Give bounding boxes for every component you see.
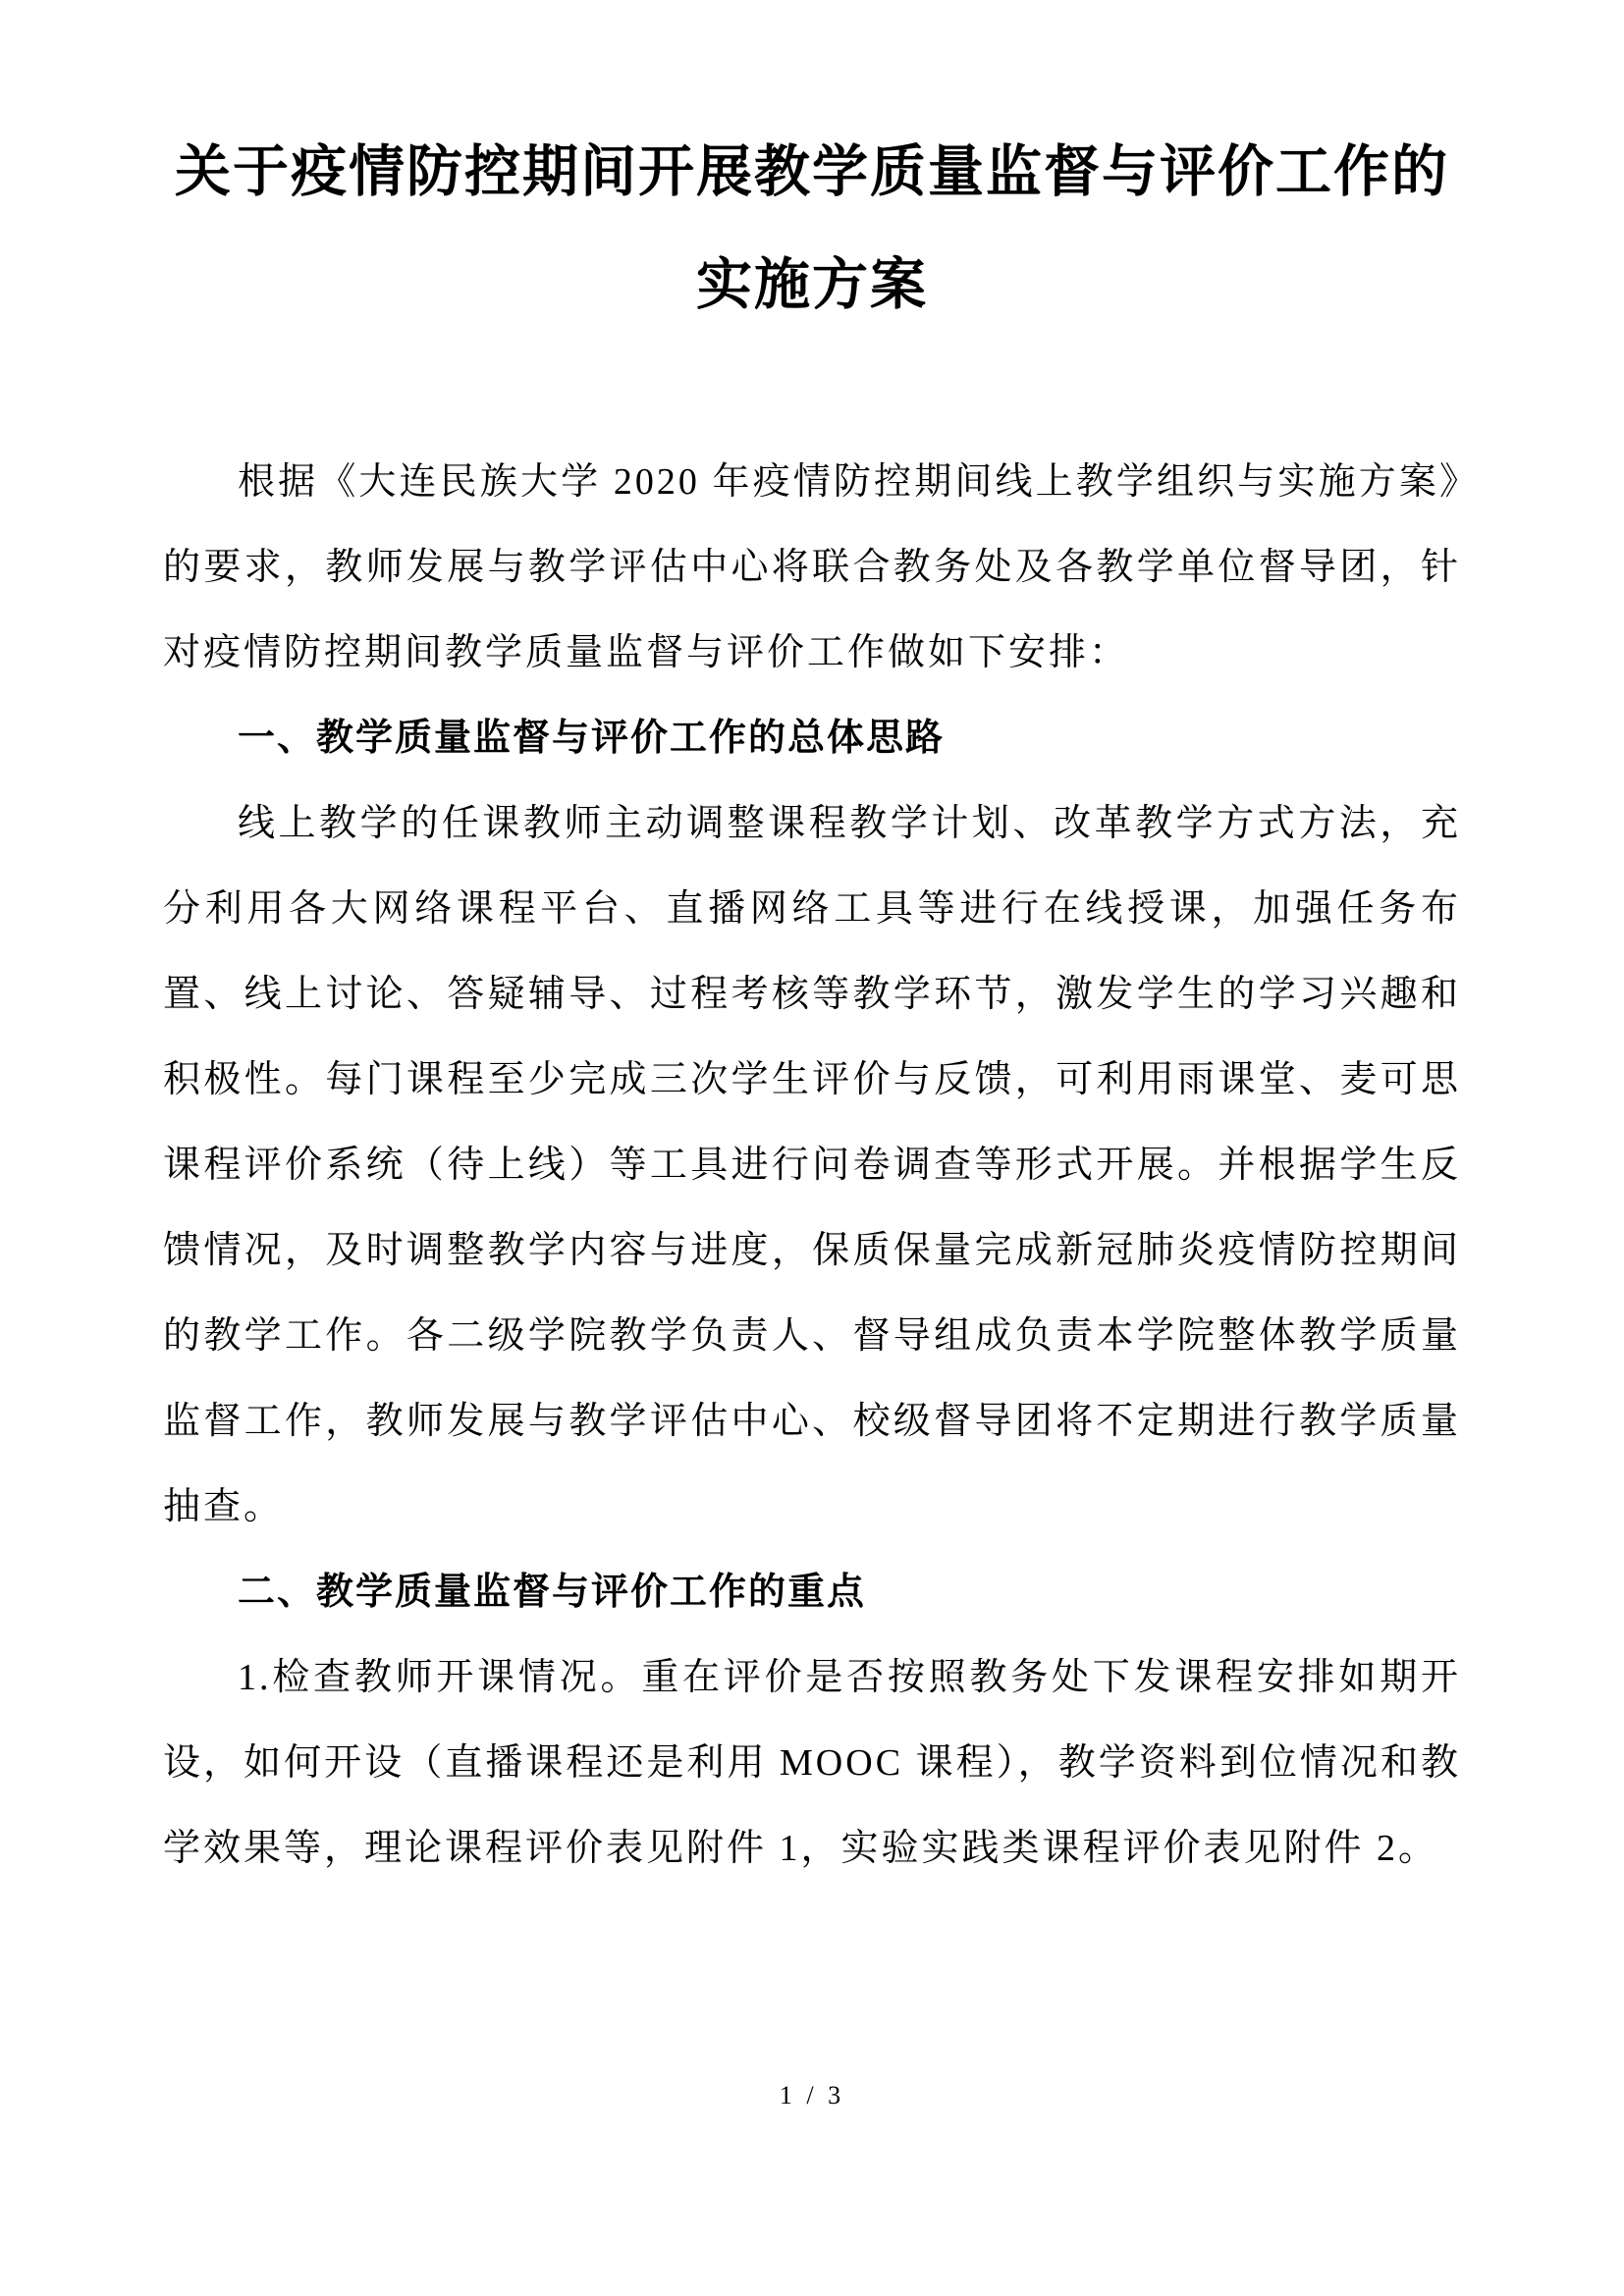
- document-page: 关于疫情防控期间开展教学质量监督与评价工作的 实施方案 根据《大连民族大学 20…: [0, 0, 1624, 2296]
- document-title-line-2: 实施方案: [163, 229, 1461, 342]
- document-body: 根据《大连民族大学 2020 年疫情防控期间线上教学组织与实施方案》的要求，教师…: [163, 440, 1461, 1892]
- heading-section-1: 一、教学质量监督与评价工作的总体思路: [163, 696, 1461, 781]
- paragraph-intro: 根据《大连民族大学 2020 年疫情防控期间线上教学组织与实施方案》的要求，教师…: [163, 440, 1461, 696]
- paragraph-section-1: 线上教学的任课教师主动调整课程教学计划、改革教学方式方法，充分利用各大网络课程平…: [163, 781, 1461, 1550]
- document-title: 关于疫情防控期间开展教学质量监督与评价工作的 实施方案: [163, 116, 1461, 342]
- document-title-line-1: 关于疫情防控期间开展教学质量监督与评价工作的: [163, 116, 1461, 229]
- page-number: 1 / 3: [0, 2081, 1624, 2110]
- paragraph-section-2: 1.检查教师开课情况。重在评价是否按照教务处下发课程安排如期开设，如何开设（直播…: [163, 1635, 1461, 1892]
- heading-section-2: 二、教学质量监督与评价工作的重点: [163, 1550, 1461, 1635]
